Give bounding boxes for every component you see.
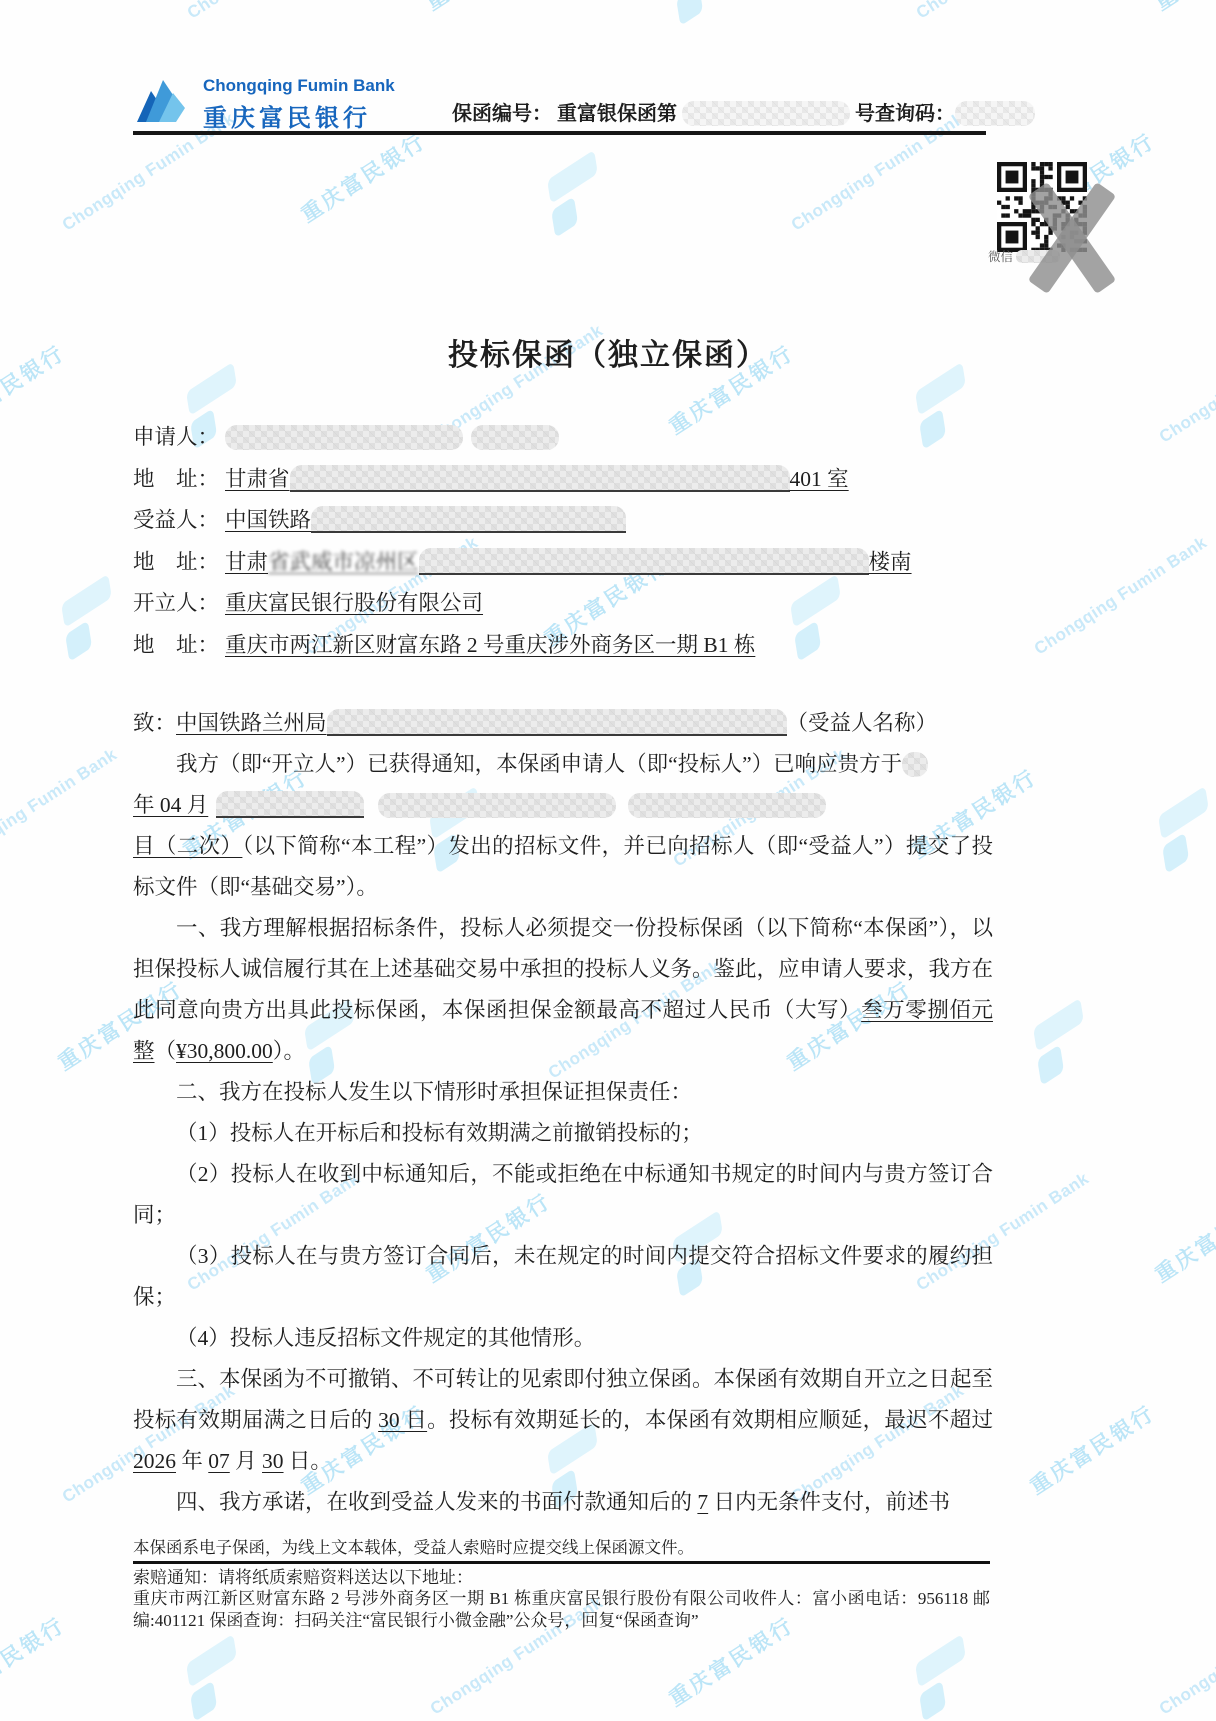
watermark-text-zh: 重庆富民银行 bbox=[294, 125, 431, 229]
text-run: 日。 bbox=[284, 1449, 332, 1473]
text-run: 二、我方在投标人发生以下情形时承担保证担保责任： bbox=[176, 1080, 692, 1104]
party-row: 地 址：重庆市两江新区财富东路 2 号重庆涉外商务区一期 B1 栋 bbox=[133, 625, 1013, 667]
underlined-text: 楼南 bbox=[869, 550, 912, 574]
watermark-text-en: Chongqing Fumin Bank bbox=[913, 0, 1093, 23]
bank-logo-icon bbox=[136, 76, 192, 124]
text-run: ）。 bbox=[273, 1039, 305, 1063]
text-run: 致： bbox=[133, 711, 176, 735]
watermark-logo-icon bbox=[1010, 992, 1116, 1091]
body-text-block: 致：中国铁路兰州局（受益人名称）我方（即“开立人”）已获得通知，本保函申请人（即… bbox=[133, 703, 993, 1523]
guarantee-document-page: Chongqing Fumin Bank重庆富民银行Chongqing Fumi… bbox=[0, 0, 1216, 1721]
watermark-text-en: Chongqing Fumin Bank bbox=[0, 745, 121, 872]
party-row: 地 址：甘肃省武威市凉州区楼南 bbox=[133, 542, 1013, 584]
party-row: 受益人：中国铁路 bbox=[133, 500, 1013, 542]
watermark-logo-icon bbox=[892, 1628, 998, 1721]
body-paragraph: （2）投标人在收到中标通知后，不能或拒绝在中标通知书规定的时间内与贵方签订合同； bbox=[133, 1154, 993, 1236]
party-value: 中国铁路 bbox=[225, 500, 1013, 542]
redaction-mosaic bbox=[902, 752, 928, 777]
underlined-text: 重庆富民银行股份有限公司 bbox=[225, 591, 483, 615]
underlined-text: 中国铁路兰州局 bbox=[176, 711, 327, 735]
guarantee-number-line: 保函编号： 重富银保函第 号查询码： bbox=[452, 97, 1035, 126]
party-label: 受益人： bbox=[133, 500, 225, 542]
underlined-text: 年 04 月 bbox=[133, 793, 208, 817]
party-value: 重庆富民银行股份有限公司 bbox=[225, 583, 1013, 625]
party-label: 申请人： bbox=[133, 417, 225, 459]
bank-brand-text: Chongqing Fumin Bank 重庆富民银行 bbox=[203, 76, 395, 133]
body-paragraph: 我方（即“开立人”）已获得通知，本保函申请人（即“投标人”）已响应贵方于 bbox=[133, 744, 993, 785]
underlined-text: 30 日 bbox=[378, 1408, 427, 1432]
text-run: （3）投标人在与贵方签订合同后，未在规定的时间内提交符合招标文件要求的履约担保； bbox=[133, 1244, 993, 1309]
watermark-text-zh: 重庆富民银行 bbox=[1148, 1185, 1216, 1289]
underlined-text: 甘肃省 bbox=[225, 467, 290, 491]
header-divider bbox=[133, 131, 986, 135]
body-paragraph: 年 04 月 bbox=[133, 785, 993, 826]
underlined-text: ¥30,800.00 bbox=[176, 1039, 273, 1063]
party-row: 开立人：重庆富民银行股份有限公司 bbox=[133, 583, 1013, 625]
document-title: 投标保函（独立保函） bbox=[0, 330, 1216, 374]
redaction-mosaic bbox=[378, 793, 616, 818]
party-label: 地 址： bbox=[133, 459, 225, 501]
footer-note: 本保函系电子保函，为线上文本载体，受益人索赔时应提交线上保函源文件。 bbox=[133, 1537, 990, 1558]
text-run: （4）投标人违反招标文件规定的其他情形。 bbox=[176, 1326, 595, 1350]
redaction-mosaic bbox=[682, 101, 850, 126]
redaction-mosaic bbox=[290, 465, 790, 492]
underlined-text: 2026 bbox=[133, 1449, 176, 1473]
body-paragraph: （4）投标人违反招标文件规定的其他情形。 bbox=[133, 1318, 993, 1359]
party-row: 地 址：甘肃省401 室 bbox=[133, 459, 1013, 501]
underlined-text: 重庆市两江新区财富东路 2 号重庆涉外商务区一期 B1 栋 bbox=[225, 633, 755, 657]
brand-name-en: Chongqing Fumin Bank bbox=[203, 76, 395, 96]
party-value: 重庆市两江新区财富东路 2 号重庆涉外商务区一期 B1 栋 bbox=[225, 625, 1013, 667]
qr-caption: 微信 bbox=[988, 247, 1060, 265]
redaction-mosaic bbox=[471, 425, 559, 450]
underlined-text: 7 bbox=[697, 1490, 708, 1514]
party-value: 甘肃省401 室 bbox=[225, 459, 1013, 501]
underlined-text: 07 bbox=[208, 1449, 230, 1473]
qr-caption-prefix: 微信 bbox=[988, 250, 1013, 264]
body-paragraph: 目（二次）（以下简称“本工程”）发出的招标文件，并已向招标人（即“受益人”）提交… bbox=[133, 826, 993, 908]
text-run: （2）投标人在收到中标通知后，不能或拒绝在中标通知书规定的时间内与贵方签订合同； bbox=[133, 1162, 993, 1227]
text-run: 号查询码： bbox=[850, 103, 955, 125]
bank-logo: Chongqing Fumin Bank 重庆富民银行 bbox=[136, 76, 395, 133]
watermark-text-zh: 重庆富民银行 bbox=[1023, 1397, 1160, 1501]
redaction-mosaic bbox=[419, 548, 869, 575]
redaction-mosaic bbox=[628, 793, 826, 818]
claim-address-line: 重庆市两江新区财富东路 2 号涉外商务区一期 B1 栋重庆富民银行股份有限公司收… bbox=[133, 1588, 990, 1631]
text-run: 。投标有效期延长的，本保函有效期相应顺延，最迟不超过 bbox=[427, 1408, 993, 1432]
footer-divider bbox=[133, 1561, 990, 1564]
underlined-text: 中国铁路 bbox=[225, 508, 311, 532]
text-run: 年 bbox=[176, 1449, 208, 1473]
party-label: 地 址： bbox=[133, 542, 225, 584]
footer-block: 本保函系电子保函，为线上文本载体，受益人索赔时应提交线上保函源文件。 索赔通知：… bbox=[133, 1537, 990, 1631]
watermark-logo-icon bbox=[0, 0, 26, 30]
text-run: （ bbox=[155, 1039, 177, 1063]
party-value: 甘肃省武威市凉州区楼南 bbox=[225, 542, 1013, 584]
watermark-logo-icon bbox=[163, 1628, 269, 1721]
underlined-text: 30 bbox=[262, 1449, 284, 1473]
party-row: 申请人： bbox=[133, 417, 1013, 459]
watermark-text-en: Chongqing Fumin Bank bbox=[1156, 1593, 1216, 1720]
watermark-text-en: Chongqing Fumin Bank bbox=[184, 0, 364, 23]
wechat-qr-code bbox=[997, 162, 1087, 252]
party-label: 开立人： bbox=[133, 583, 225, 625]
watermark-text-zh: 重庆富民银行 bbox=[1148, 0, 1216, 17]
watermark-logo-icon bbox=[1135, 780, 1216, 879]
redaction-mosaic bbox=[1016, 250, 1060, 263]
text-run: （1）投标人在开标后和投标有效期满之前撤销投标的； bbox=[176, 1121, 703, 1145]
watermark-logo-icon bbox=[524, 144, 630, 243]
underlined-text: 目（二次） bbox=[133, 834, 242, 858]
watermark-text-en: Chongqing Fumin Bank bbox=[1031, 533, 1211, 660]
body-paragraph: 二、我方在投标人发生以下情形时承担保证担保责任： bbox=[133, 1072, 993, 1113]
text-run: 四、我方承诺，在收到受益人发来的书面付款通知后的 bbox=[176, 1490, 697, 1514]
redaction-mosaic bbox=[311, 506, 626, 533]
redaction-mosaic bbox=[955, 101, 1035, 126]
parties-block: 申请人：地 址：甘肃省401 室受益人：中国铁路地 址：甘肃省武威市凉州区楼南开… bbox=[133, 417, 1013, 666]
text-run: 保函编号： 重富银保函第 bbox=[452, 103, 682, 125]
watermark-text-en: Chongqing Fumin Bank bbox=[788, 109, 968, 236]
text-run: （以下简称“本工程”）发出的招标文件，并已向招标人（即“受益人”）提交了投标文件… bbox=[133, 834, 993, 899]
underlined-text: 甘肃 bbox=[225, 550, 268, 574]
redaction-mosaic bbox=[216, 791, 364, 818]
claim-notice-line: 索赔通知：请将纸质索赔资料送达以下地址： bbox=[133, 1567, 990, 1589]
body-paragraph: 四、我方承诺，在收到受益人发来的书面付款通知后的 7 日内无条件支付，前述书 bbox=[133, 1482, 993, 1523]
brand-name-zh: 重庆富民银行 bbox=[203, 98, 395, 133]
watermark-text-zh: 重庆富民银行 bbox=[0, 1609, 71, 1713]
body-paragraph: （3）投标人在与贵方签订合同后，未在规定的时间内提交符合招标文件要求的履约担保； bbox=[133, 1236, 993, 1318]
text-run: 日内无条件支付，前述书 bbox=[708, 1490, 950, 1514]
party-value bbox=[225, 417, 1013, 459]
party-label: 地 址： bbox=[133, 625, 225, 667]
body-paragraph: （1）投标人在开标后和投标有效期满之前撤销投标的； bbox=[133, 1113, 993, 1154]
watermark-logo-icon bbox=[649, 0, 755, 30]
text-run: 月 bbox=[230, 1449, 262, 1473]
salutation-line: 致：中国铁路兰州局（受益人名称） bbox=[133, 703, 993, 744]
redaction-mosaic bbox=[225, 425, 463, 450]
underlined-text: 401 室 bbox=[790, 467, 849, 491]
blurred-text: 省武威市凉州区 bbox=[268, 550, 419, 574]
watermark-logo-icon bbox=[0, 1204, 26, 1303]
body-paragraph: 一、我方理解根据招标条件，投标人必须提交一份投标保函（以下简称“本保函”），以担… bbox=[133, 908, 993, 1072]
redaction-mosaic bbox=[327, 709, 787, 736]
body-paragraph: 三、本保函为不可撤销、不可转让的见索即付独立保函。本保函有效期自开立之日起至投标… bbox=[133, 1359, 993, 1482]
watermark-logo-icon bbox=[38, 568, 144, 667]
text-run: （受益人名称） bbox=[787, 711, 938, 735]
text-run: 我方（即“开立人”）已获得通知，本保函申请人（即“投标人”）已响应贵方于 bbox=[176, 752, 902, 776]
watermark-text-zh: 重庆富民银行 bbox=[419, 0, 556, 17]
